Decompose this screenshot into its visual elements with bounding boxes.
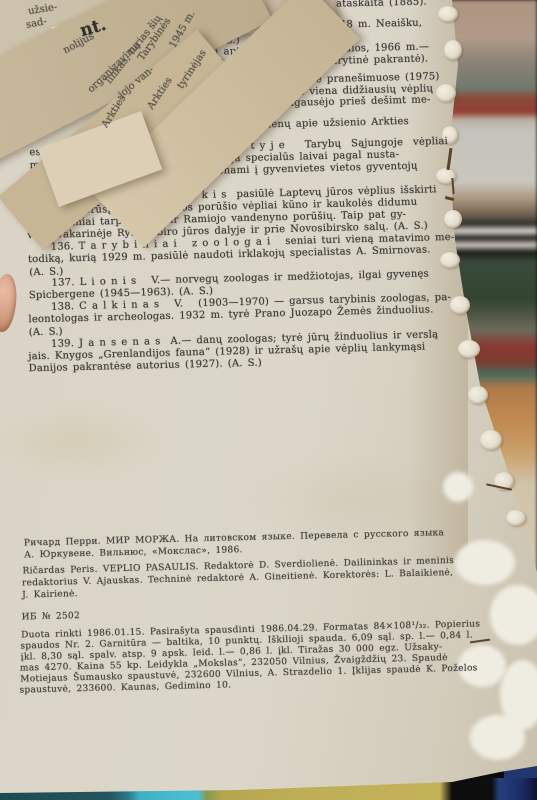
page-text-line: 137. L i o n i s V.— norvegų zoologas ir… xyxy=(51,268,429,288)
colophon-line: J. Kairienė. xyxy=(22,589,78,601)
page-text-line: (A. S.) xyxy=(29,266,63,278)
colophon-line: ИБ № 2502 xyxy=(22,611,81,623)
page-text-line: (A. S.) xyxy=(29,326,63,338)
photo-of-book-page: R. Péris cijos į Baro kyšulį ataskaita (… xyxy=(0,0,537,800)
